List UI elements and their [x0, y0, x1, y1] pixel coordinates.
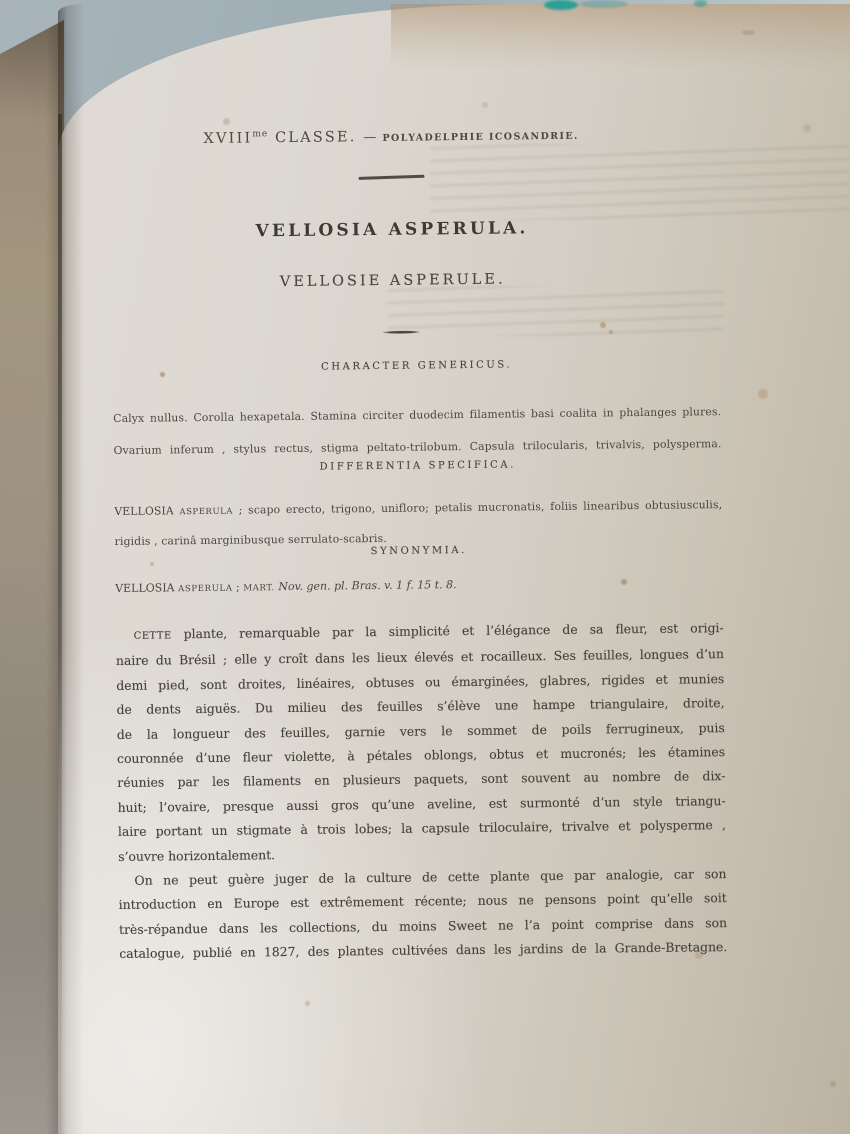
text-segment: Nov. gen. pl. Bras. v. 1 f. 15 t. 8.	[278, 578, 456, 593]
text-segment: Cette	[134, 630, 172, 641]
text-segment: VELLOSIA	[114, 504, 179, 518]
text-segment: XVIII	[203, 130, 252, 147]
synonymia-text: VELLOSIA asperula ; Mart. Nov. gen. pl. …	[115, 572, 723, 600]
text-segment: —	[363, 130, 382, 145]
printed-page-content: XVIIIme CLASSE. — POLYADELPHIE ICOSANDRI…	[53, 0, 850, 1134]
description-text: Cette plante, remarquable par la simplic…	[116, 616, 728, 967]
text-segment: Mart.	[243, 583, 275, 593]
text-segment: me	[252, 129, 268, 139]
text-segment: VELLOSIA	[115, 581, 178, 595]
text-segment: asperula	[179, 506, 233, 517]
species-title-french: VELLOSIE ASPERULE.	[89, 269, 697, 292]
character-genericus-text: Calyx nullus. Corolla hexapetala. Stamin…	[113, 396, 722, 467]
book-photo: { "colors": { "background_surface": "#a8…	[0, 0, 850, 1134]
header-rule	[358, 175, 424, 180]
text-segment: ; scapo erecto, trigono, unifloro; petal…	[233, 498, 722, 517]
divider-ornament	[382, 331, 420, 334]
text-segment: POLYADELPHIE ICOSANDRIE.	[382, 131, 578, 144]
text-segment: asperula	[178, 584, 233, 595]
text-segment: ;	[233, 581, 244, 594]
text-segment: plante, remarquable par la simplicité et…	[172, 620, 724, 641]
species-title-latin: VELLOSIA ASPERULA.	[88, 216, 696, 243]
table-surface-teal-smear	[580, 0, 628, 8]
class-header: XVIIIme CLASSE. — POLYADELPHIE ICOSANDRI…	[87, 124, 695, 148]
section-heading-character-genericus: CHARACTER GENERICUS.	[113, 357, 721, 375]
table-surface-teal-dot	[694, 0, 707, 7]
text-line: VELLOSIA asperula ; Mart. Nov. gen. pl. …	[115, 572, 723, 600]
table-surface-teal-patch	[544, 0, 578, 10]
book-page: XVIIIme CLASSE. — POLYADELPHIE ICOSANDRI…	[58, 4, 850, 1134]
text-segment: CLASSE.	[268, 129, 363, 146]
